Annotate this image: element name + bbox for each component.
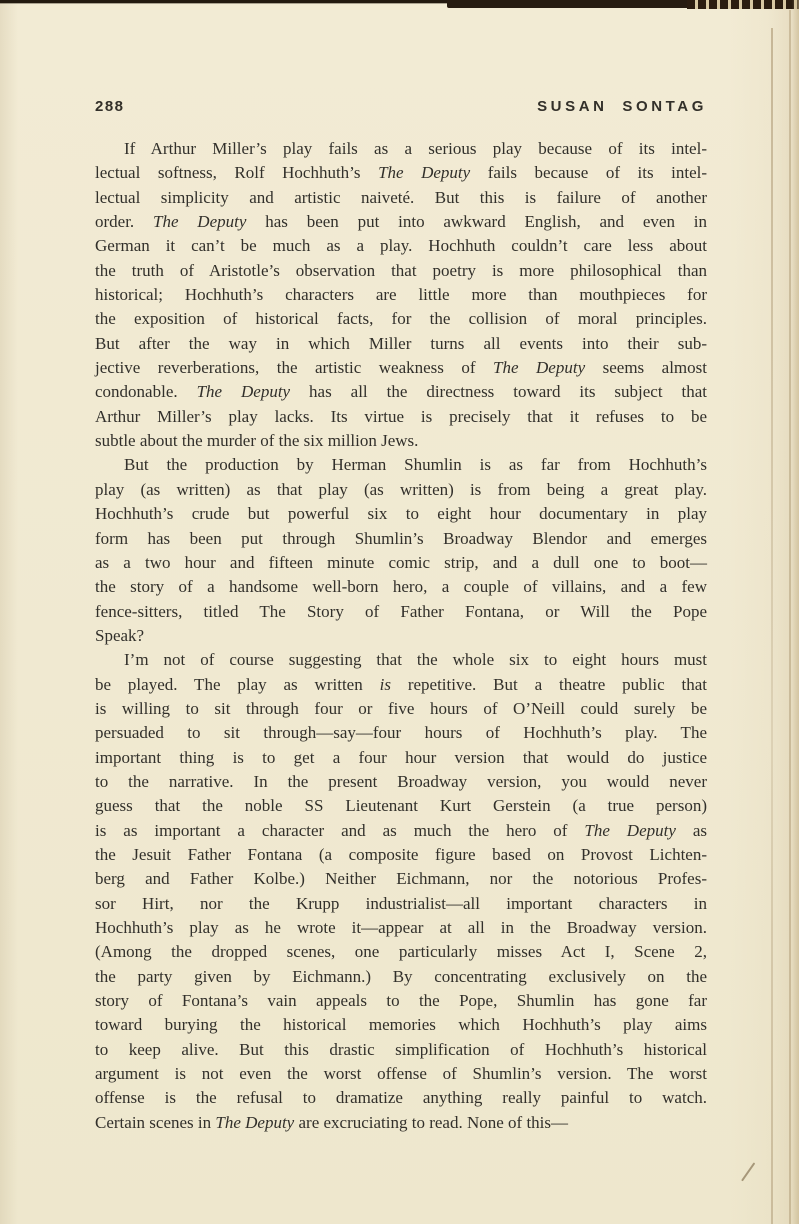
body-text-segment: jective reverberations, the artistic wea… (95, 358, 493, 377)
body-text-segment: But after the way in which Miller turns … (95, 334, 707, 353)
running-header-author: SUSAN SONTAG (537, 98, 707, 115)
body-text-segment: to keep alive. But this drastic simplifi… (95, 1040, 707, 1059)
page-header: 288 SUSAN SONTAG (95, 98, 707, 115)
text-line: the party given by Eichmann.) By concent… (95, 965, 707, 989)
body-text-segment: fails because of its intel- (470, 163, 707, 182)
text-line: But after the way in which Miller turns … (95, 332, 707, 356)
text-line: German it can’t be much as a play. Hochh… (95, 234, 707, 258)
body-text-segment: as (676, 821, 707, 840)
text-line: condonable. The Deputy has all the direc… (95, 380, 707, 404)
body-text-segment: Speak? (95, 626, 144, 645)
italic-text: The Deputy (378, 163, 470, 182)
text-line: (Among the dropped scenes, one particula… (95, 940, 707, 964)
text-line: to the narrative. In the present Broadwa… (95, 770, 707, 794)
text-line: the truth of Aristotle’s observation tha… (95, 259, 707, 283)
text-line: subtle about the murder of the six milli… (95, 429, 707, 453)
text-line: argument is not even the worst offense o… (95, 1062, 707, 1086)
paragraph: I’m not of course suggesting that the wh… (95, 648, 707, 1135)
body-text-segment: sor Hirt, nor the Krupp industrialist—al… (95, 894, 707, 913)
body-text-segment: lectual simplicity and artistic naiveté.… (95, 188, 707, 207)
body-text-segment: form has been put through Shumlin’s Broa… (95, 529, 707, 548)
text-line: to keep alive. But this drastic simplifi… (95, 1038, 707, 1062)
body-text-segment: the exposition of historical facts, for … (95, 309, 707, 328)
body-text-segment: fence-sitters, titled The Story of Fathe… (95, 602, 707, 621)
body-text-segment: persuaded to sit through—say—four hours … (95, 723, 707, 742)
body-text-segment: be played. The play as written (95, 675, 380, 694)
book-page: 288 SUSAN SONTAG If Arthur Miller’s play… (0, 0, 799, 1224)
text-line: offense is the refusal to dramatize anyt… (95, 1086, 707, 1110)
italic-text: The Deputy (153, 212, 246, 231)
text-line: persuaded to sit through—say—four hours … (95, 721, 707, 745)
text-line: be played. The play as written is repeti… (95, 673, 707, 697)
body-text-segment: order. (95, 212, 153, 231)
text-line: fence-sitters, titled The Story of Fathe… (95, 600, 707, 624)
body-text-segment: lectual softness, Rolf Hochhuth’s (95, 163, 378, 182)
body-text-segment: as a two hour and fifteen minute comic s… (95, 553, 707, 572)
text-line: important thing is to get a four hour ve… (95, 746, 707, 770)
body-text-segment: important thing is to get a four hour ve… (95, 748, 707, 767)
text-line: jective reverberations, the artistic wea… (95, 356, 707, 380)
body-text-segment: offense is the refusal to dramatize anyt… (95, 1088, 707, 1107)
body-text-segment: guess that the noble SS Lieutenant Kurt … (95, 796, 707, 815)
text-line: the exposition of historical facts, for … (95, 307, 707, 331)
text-line: lectual softness, Rolf Hochhuth’s The De… (95, 161, 707, 185)
text-line: form has been put through Shumlin’s Broa… (95, 527, 707, 551)
text-line: historical; Hochhuth’s characters are li… (95, 283, 707, 307)
body-text-segment: Arthur Miller’s play lacks. Its virtue i… (95, 407, 707, 426)
body-text-segment: toward burying the historical memories w… (95, 1015, 707, 1034)
body-text-segment: has all the directness toward its subjec… (290, 382, 707, 401)
italic-text: The Deputy (197, 382, 291, 401)
text-line: But the production by Herman Shumlin is … (95, 453, 707, 477)
text-line: guess that the noble SS Lieutenant Kurt … (95, 794, 707, 818)
italic-text: The Deputy (584, 821, 676, 840)
body-text-segment: Hochhuth’s crude but powerful six to eig… (95, 504, 707, 523)
italic-text: is (380, 675, 391, 694)
page-edge-crease (771, 28, 773, 1224)
text-line: the story of a handsome well-born hero, … (95, 575, 707, 599)
text-line: If Arthur Miller’s play fails as a serio… (95, 137, 707, 161)
body-text-segment: repetitive. But a theatre public that (391, 675, 707, 694)
body-text-segment: is as important a character and as much … (95, 821, 584, 840)
body-text-segment: has been put into awkward English, and e… (246, 212, 707, 231)
italic-text: The Deputy (493, 358, 585, 377)
body-text-segment: I’m not of course suggesting that the wh… (124, 650, 707, 669)
body-text-segment: berg and Father Kolbe.) Neither Eichmann… (95, 869, 707, 888)
text-line: order. The Deputy has been put into awkw… (95, 210, 707, 234)
text-line: Speak? (95, 624, 707, 648)
body-text-segment: story of Fontana’s vain appeals to the P… (95, 991, 707, 1010)
body-text-segment: play (as written) as that play (as writt… (95, 480, 707, 499)
page-number: 288 (95, 98, 125, 115)
body-text-segment: is willing to sit through four or five h… (95, 699, 707, 718)
text-line: play (as written) as that play (as writt… (95, 478, 707, 502)
body-text-segment: condonable. (95, 382, 197, 401)
body-text-segment: to the narrative. In the present Broadwa… (95, 772, 707, 791)
paragraph: If Arthur Miller’s play fails as a serio… (95, 137, 707, 453)
text-line: story of Fontana’s vain appeals to the P… (95, 989, 707, 1013)
body-text-segment: But the production by Herman Shumlin is … (124, 455, 707, 474)
text-line: berg and Father Kolbe.) Neither Eichmann… (95, 867, 707, 891)
text-line: sor Hirt, nor the Krupp industrialist—al… (95, 892, 707, 916)
body-text-segment: the story of a handsome well-born hero, … (95, 577, 707, 596)
text-line: as a two hour and fifteen minute comic s… (95, 551, 707, 575)
essay-text: If Arthur Miller’s play fails as a serio… (95, 137, 707, 1135)
text-line: Hochhuth’s play as he wrote it—appear at… (95, 916, 707, 940)
italic-text: The Deputy (215, 1113, 294, 1132)
body-text-segment: seems almost (585, 358, 707, 377)
text-line: is as important a character and as much … (95, 819, 707, 843)
body-text-segment: If Arthur Miller’s play fails as a serio… (124, 139, 707, 158)
body-text-segment: German it can’t be much as a play. Hochh… (95, 236, 707, 255)
page-edge-shadow (792, 0, 799, 1224)
scan-scratch-mark (741, 1162, 755, 1181)
text-line: toward burying the historical memories w… (95, 1013, 707, 1037)
body-text-segment: argument is not even the worst offense o… (95, 1064, 707, 1083)
text-line: Arthur Miller’s play lacks. Its virtue i… (95, 405, 707, 429)
body-text-segment: (Among the dropped scenes, one particula… (95, 942, 707, 961)
body-text-segment: the Jesuit Father Fontana (a composite f… (95, 845, 707, 864)
text-line: I’m not of course suggesting that the wh… (95, 648, 707, 672)
body-text-segment: subtle about the murder of the six milli… (95, 431, 418, 450)
body-text-segment: Certain scenes in (95, 1113, 215, 1132)
text-line: Hochhuth’s crude but powerful six to eig… (95, 502, 707, 526)
body-text-segment: are excruciating to read. None of this— (294, 1113, 568, 1132)
book-binding-edge-dashed (687, 0, 799, 9)
body-text-segment: the truth of Aristotle’s observation tha… (95, 261, 707, 280)
body-text-segment: Hochhuth’s play as he wrote it—appear at… (95, 918, 707, 937)
text-line: is willing to sit through four or five h… (95, 697, 707, 721)
body-text-segment: historical; Hochhuth’s characters are li… (95, 285, 707, 304)
text-line: the Jesuit Father Fontana (a composite f… (95, 843, 707, 867)
text-line: lectual simplicity and artistic naiveté.… (95, 186, 707, 210)
page-edge-crease (789, 10, 791, 1224)
text-line: Certain scenes in The Deputy are excruci… (95, 1111, 707, 1135)
paragraph: But the production by Herman Shumlin is … (95, 453, 707, 648)
body-text-segment: the party given by Eichmann.) By concent… (95, 967, 707, 986)
